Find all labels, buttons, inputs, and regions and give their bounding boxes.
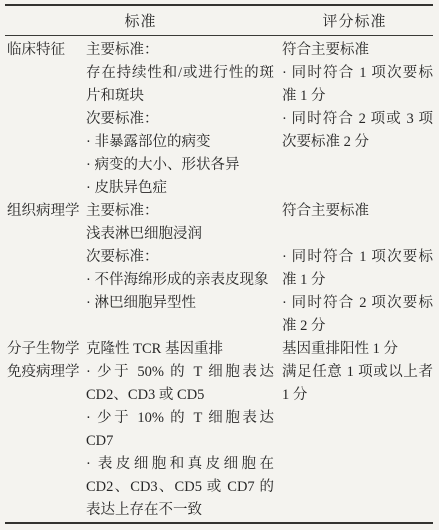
table-section-row: 临床特征主要标准：存在持续性和/或进行性的斑片和斑块次要标准：· 非暴露部位的病… [5,39,433,200]
criteria-line: 浅表淋巴细胞浸润 [86,223,274,246]
scoring-cell: 基因重排阳性 1 分 [276,338,433,361]
criteria-cell: 主要标准：存在持续性和/或进行性的斑片和斑块次要标准：· 非暴露部位的病变· 病… [86,39,276,200]
criteria-line: 克隆性 TCR 基因重排 [86,338,274,361]
scoring-line: · 同时符合 1 项次要标准 1 分 [282,62,433,108]
criteria-line: 次要标准： [86,246,274,269]
scoring-line: · 同时符合 2 项次要标准 2 分 [282,292,433,338]
scanned-document-page: 标准 评分标准 临床特征主要标准：存在持续性和/或进行性的斑片和斑块次要标准：·… [0,0,439,530]
table-header-row: 标准 评分标准 [5,6,433,36]
row-label: 分子生物学 [5,338,86,361]
scoring-line: 符合主要标准 [282,39,433,62]
scoring-cell: 符合主要标准· 同时符合 1 项次要标准 1 分· 同时符合 2 项或 3 项次… [276,39,433,200]
criteria-line: 主要标准： [86,200,274,223]
row-label: 临床特征 [5,39,86,200]
criteria-line: · 病变的大小、形状各异 [86,154,274,177]
column-header-criteria: 标准 [5,10,276,31]
table-section-row: 分子生物学克隆性 TCR 基因重排基因重排阳性 1 分 [5,338,433,361]
criteria-line: · 少于 10% 的 T 细胞表达 CD7 [86,407,274,453]
scoring-line: · 同时符合 1 项次要标准 1 分 [282,246,433,292]
criteria-line: · 淋巴细胞异型性 [86,292,274,315]
diagnostic-criteria-table: 标准 评分标准 临床特征主要标准：存在持续性和/或进行性的斑片和斑块次要标准：·… [5,4,433,524]
row-label: 组织病理学 [5,200,86,338]
scoring-line: 符合主要标准 [282,200,433,223]
column-header-scoring: 评分标准 [276,10,433,31]
scoring-line: · 同时符合 2 项或 3 项次要标准 2 分 [282,108,433,154]
table-section-row: 组织病理学主要标准：浅表淋巴细胞浸润次要标准：· 不伴海绵形成的亲表皮现象· 淋… [5,200,433,338]
criteria-cell: 克隆性 TCR 基因重排 [86,338,276,361]
criteria-line: · 表皮细胞和真皮细胞在 CD2、CD3、CD5 或 CD7 的表达上存在不一致 [86,453,274,522]
criteria-line: · 非暴露部位的病变 [86,131,274,154]
scoring-line: 基因重排阳性 1 分 [282,338,433,361]
scoring-line [282,223,433,246]
table-body: 临床特征主要标准：存在持续性和/或进行性的斑片和斑块次要标准：· 非暴露部位的病… [5,36,433,522]
criteria-line: 次要标准： [86,108,274,131]
criteria-line: 存在持续性和/或进行性的斑片和斑块 [86,62,274,108]
criteria-line: · 不伴海绵形成的亲表皮现象 [86,269,274,292]
criteria-line: 主要标准： [86,39,274,62]
criteria-line: · 少于 50% 的 T 细胞表达 CD2、CD3 或 CD5 [86,361,274,407]
criteria-line: · 皮肤异色症 [86,177,274,200]
scoring-cell: 符合主要标准· 同时符合 1 项次要标准 1 分· 同时符合 2 项次要标准 2… [276,200,433,338]
criteria-cell: 主要标准：浅表淋巴细胞浸润次要标准：· 不伴海绵形成的亲表皮现象· 淋巴细胞异型… [86,200,276,338]
scoring-line: 满足任意 1 项或以上者 1 分 [282,361,433,407]
